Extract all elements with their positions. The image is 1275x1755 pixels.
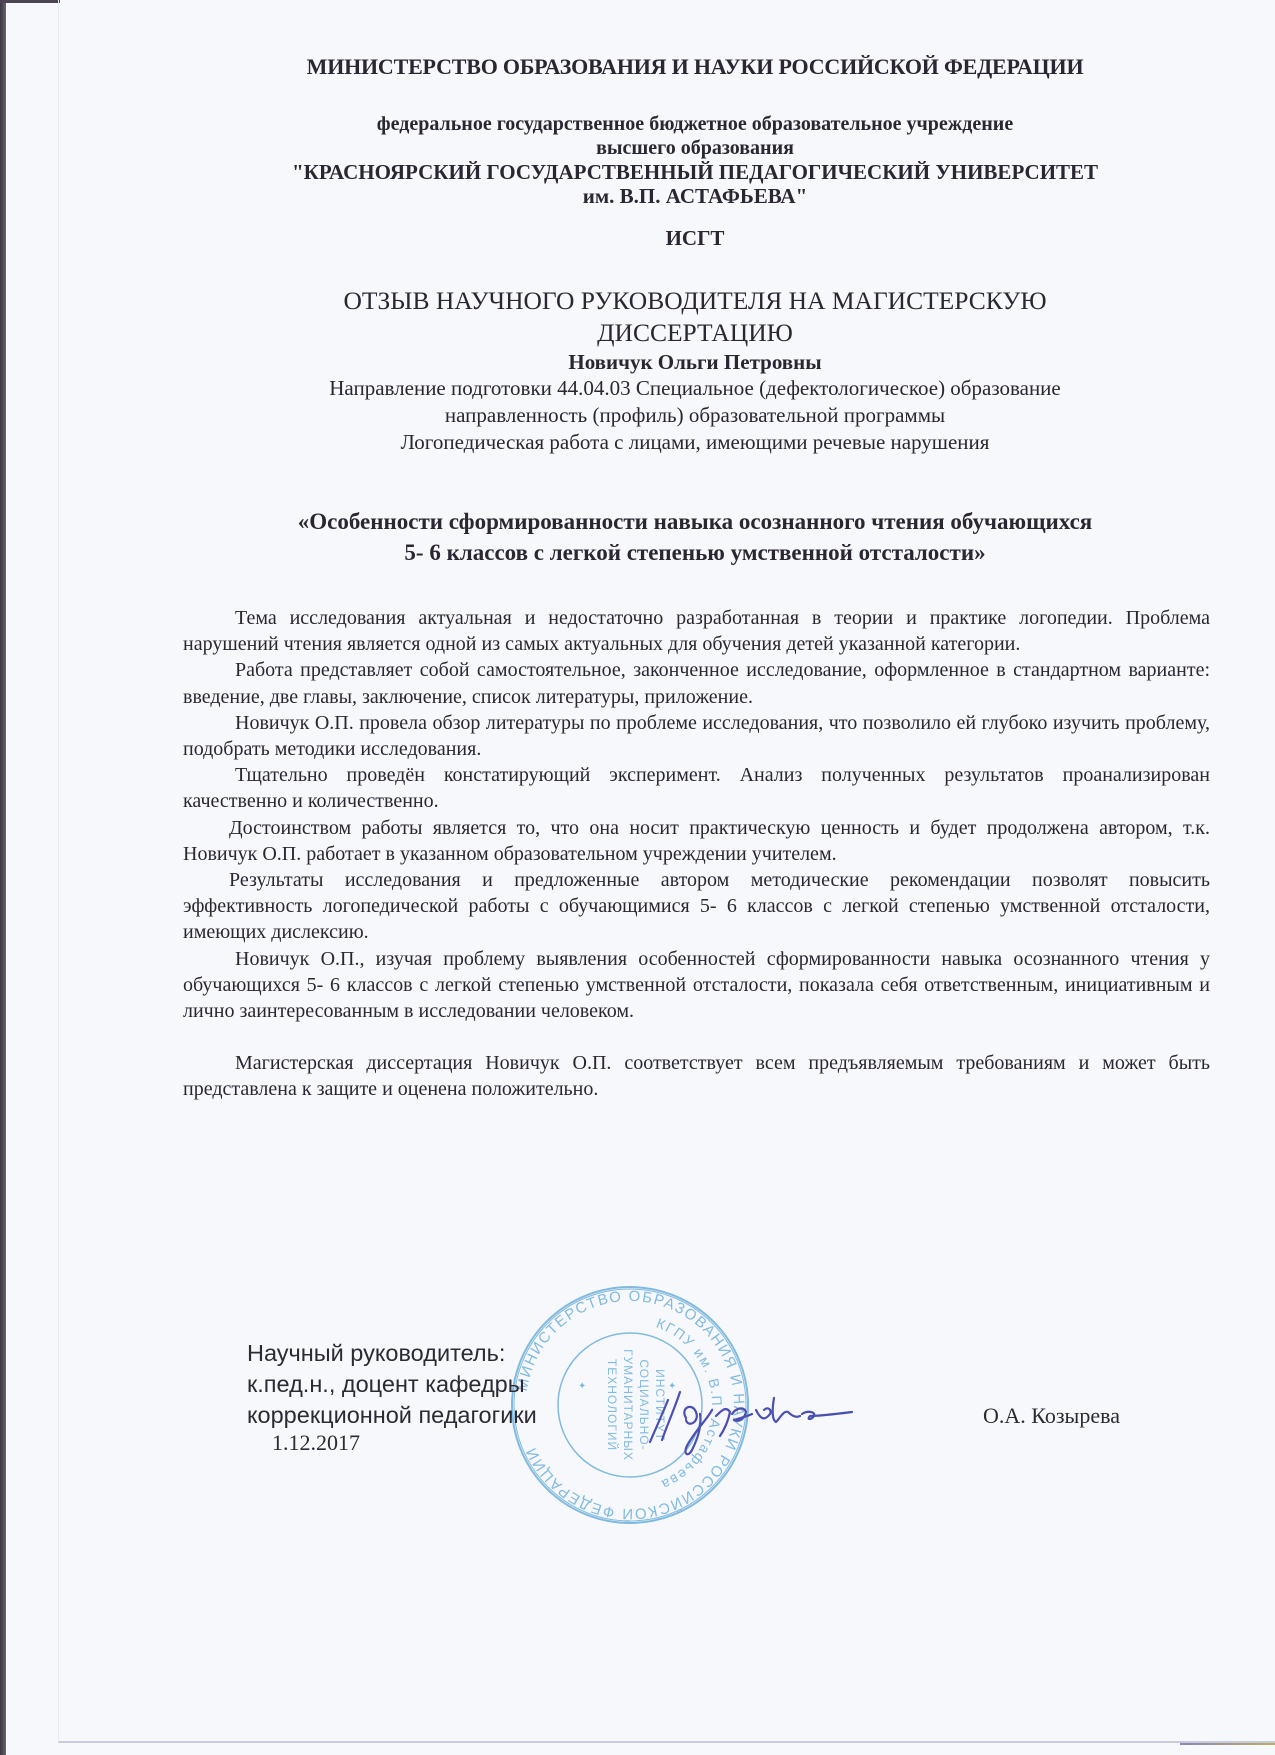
institution-type: федеральное государственное бюджетное об… [170,112,1220,160]
handwritten-signature-icon [640,1370,860,1460]
paragraph: Результаты исследования и предложенные а… [183,867,1210,946]
institution-type-line2: высшего образования [170,136,1220,160]
review-title-line2: ДИССЕРТАЦИЮ [170,317,1220,349]
scan-bottom-edge [1180,1743,1275,1745]
stamp-inner-line4: ТЕХНОЛОГИЙ [605,1359,620,1451]
direction-line3: Логопедическая работа с лицами, имеющими… [170,429,1220,456]
stamp-star-icon: ✦ [578,1381,586,1392]
direction-line1: Направление подготовки 44.04.03 Специаль… [170,375,1220,402]
ministry-heading: МИНИСТЕРСТВО ОБРАЗОВАНИЯ И НАУКИ РОССИЙС… [170,54,1220,80]
university-name-line1: "КРАСНОЯРСКИЙ ГОСУДАРСТВЕННЫЙ ПЕДАГОГИЧЕ… [170,160,1220,184]
institute-abbrev: ИСГТ [170,226,1220,251]
review-body: Тема исследования актуальная и недостато… [183,605,1210,1103]
paragraph: Новичук О.П. провела обзор литературы по… [183,710,1210,762]
university-name: "КРАСНОЯРСКИЙ ГОСУДАРСТВЕННЫЙ ПЕДАГОГИЧЕ… [170,160,1220,208]
student-name: Новичук Ольги Петровны [170,349,1220,375]
scan-top-edge [0,0,60,3]
paragraph: Новичук О.П., изучая проблему выявления … [183,946,1210,1025]
university-name-line2: им. В.П. АСТАФЬЕВА" [170,184,1220,208]
paragraph: Достоинством работы является то, что она… [183,815,1210,867]
supervisor-role: Научный руководитель: [247,1338,537,1369]
supervisor-department: коррекционной педагогики [247,1400,537,1431]
thesis-title-line1: «Особенности сформированности навыка осо… [170,506,1220,537]
review-title-line1: ОТЗЫВ НАУЧНОГО РУКОВОДИТЕЛЯ НА МАГИСТЕРС… [170,285,1220,317]
signature-block: Научный руководитель: к.пед.н., доцент к… [247,1338,537,1431]
paragraph-conclusion: Магистерская диссертация Новичук О.П. со… [183,1050,1210,1102]
signature-date: 1.12.2017 [272,1430,360,1456]
scan-left-edge [0,0,6,1755]
paragraph: Работа представляет собой самостоятельно… [183,657,1210,709]
paragraph: Тщательно проведён констатирующий экспер… [183,762,1210,814]
institution-type-line1: федеральное государственное бюджетное об… [170,112,1220,136]
review-title-block: ОТЗЫВ НАУЧНОГО РУКОВОДИТЕЛЯ НА МАГИСТЕРС… [170,285,1220,456]
thesis-title: «Особенности сформированности навыка осо… [170,506,1220,568]
paragraph: Тема исследования актуальная и недостато… [183,605,1210,657]
thesis-title-line2: 5- 6 классов с легкой степенью умственно… [170,537,1220,568]
supervisor-degree: к.пед.н., доцент кафедры [247,1369,537,1400]
stamp-inner-line3: ГУМАНИТАРНЫХ [621,1349,635,1461]
direction-line2: направленность (профиль) образовательной… [170,402,1220,429]
supervisor-name: О.А. Козырева [983,1403,1120,1429]
